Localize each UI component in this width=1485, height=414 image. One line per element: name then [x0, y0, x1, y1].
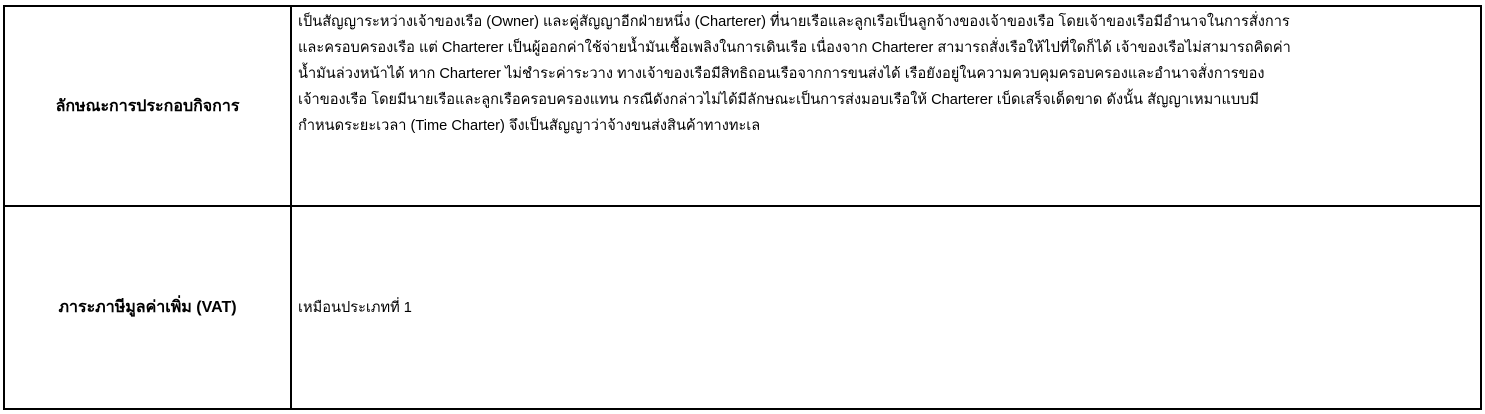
content-line: และครอบครองเรือ แต่ Charterer เป็นผู้ออก… — [298, 35, 1476, 61]
row-content-cell: เป็นสัญญาระหว่างเจ้าของเรือ (Owner) และค… — [291, 6, 1481, 206]
row-label: ลักษณะการประกอบกิจการ — [56, 98, 240, 115]
row-label: ภาระภาษีมูลค่าเพิ่ม (VAT) — [58, 299, 236, 316]
table-row-vat: ภาระภาษีมูลค่าเพิ่ม (VAT) เหมือนประเภทที… — [4, 206, 1481, 409]
row-content-cell: เหมือนประเภทที่ 1 — [291, 206, 1481, 409]
content-line: กำหนดระยะเวลา (Time Charter) จึงเป็นสัญญ… — [298, 113, 1476, 139]
content-line: เหมือนประเภทที่ 1 — [298, 295, 1476, 321]
row-label-cell: ลักษณะการประกอบกิจการ — [4, 6, 291, 206]
content-line: เป็นสัญญาระหว่างเจ้าของเรือ (Owner) และค… — [298, 9, 1476, 35]
table-row-business-nature: ลักษณะการประกอบกิจการ เป็นสัญญาระหว่างเจ… — [4, 6, 1481, 206]
document-table: ลักษณะการประกอบกิจการ เป็นสัญญาระหว่างเจ… — [3, 5, 1482, 410]
content-line: น้ำมันล่วงหน้าได้ หาก Charterer ไม่ชำระค… — [298, 61, 1476, 87]
row-label-cell: ภาระภาษีมูลค่าเพิ่ม (VAT) — [4, 206, 291, 409]
content-line: เจ้าของเรือ โดยมีนายเรือและลูกเรือครอบคร… — [298, 87, 1476, 113]
